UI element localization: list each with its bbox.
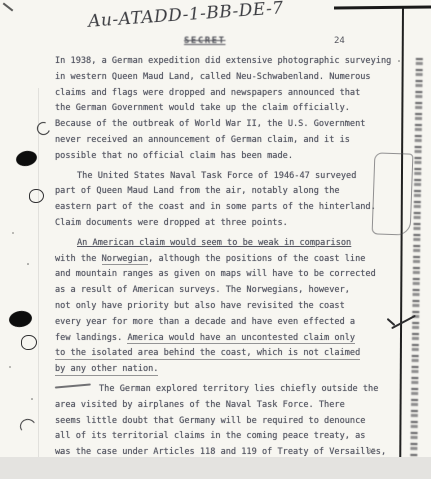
text-segment: all of its territorial claims in the com… [55,431,365,441]
text-line: to the isolated area behind the coast, w… [55,346,395,362]
text-line: possible that no official claim has been… [55,149,395,165]
text-line: seems little doubt that Germany will be … [55,414,395,430]
handwritten-reference-code: Au-ATADD-1-BB-DE-7 [88,0,285,32]
text-line: An American claim would seem to be weak … [55,236,395,252]
text-segment: every year for more than a decade and ha… [55,317,355,327]
text-line: never received an announcement of German… [55,133,395,149]
text-line: The United States Naval Task Force of 19… [55,169,395,185]
paragraph: The German explored territory lies chief… [55,382,395,461]
text-line: part of Queen Maud Land from the air, no… [55,184,395,200]
paragraph: In 1938, a German expedition did extensi… [55,54,395,165]
secret-stamp: SECRET [184,36,226,46]
text-line: The German explored territory lies chief… [55,382,395,398]
text-line: every year for more than a decade and ha… [55,315,395,331]
pencil-bracket-annotation [372,152,414,235]
text-segment: The German explored territory lies chief… [99,384,378,394]
text-segment: with the [55,254,102,264]
scanned-page: Au-ATADD-1-BB-DE-7 SECRET 24 In 1938, a … [0,0,431,479]
text-segment: the German Government would take up the … [55,103,350,113]
punch-hole-outline-bottom [21,335,37,350]
text-segment: as a result of American surveys. The Nor… [55,285,350,295]
punch-hole-filled-top [15,149,39,168]
text-segment: by any other nation. [55,364,158,376]
text-line: the German Government would take up the … [55,101,395,117]
top-edge-scan-line [334,5,431,9]
scan-speck [398,60,400,62]
punch-hole-outline-top [29,189,44,203]
text-segment: few landings. [55,333,127,343]
scan-speck [150,20,152,22]
text-line: all of its territorial claims in the com… [55,429,395,445]
text-segment: area visited by airplanes of the Naval T… [55,400,345,410]
text-segment: The United States Naval Task Force of 19… [77,171,356,181]
text-segment: Because of the outbreak of World War II,… [55,119,365,129]
text-line: as a result of American surveys. The Nor… [55,283,395,299]
margin-note: 87 [368,448,375,455]
text-line: in western Queen Maud Land, called Neu-S… [55,70,395,86]
text-segment: eastern part of the coast and in some pa… [55,202,376,212]
scan-speck [27,263,29,265]
scan-speck [12,232,14,234]
text-segment: in western Queen Maud Land, called Neu-S… [55,72,371,82]
text-segment: part of Queen Maud Land from the air, no… [55,186,340,196]
scan-speck [9,366,11,368]
pencil-arc-mark [19,418,38,436]
vertical-handwriting-scribbles [410,58,423,466]
paragraph: An American claim would seem to be weak … [55,236,395,378]
text-segment: America would have an uncontested claim … [127,333,355,345]
text-segment: seems little doubt that Germany will be … [55,416,365,426]
page-crease-line [38,88,39,466]
text-segment: to the isolated area behind the coast, w… [55,348,360,360]
text-segment: and mountain ranges as given on maps wil… [55,269,376,279]
text-segment: possible that no official claim has been… [55,151,293,161]
text-line: In 1938, a German expedition did extensi… [55,54,395,70]
paragraph: The United States Naval Task Force of 19… [55,169,395,232]
scan-edge-band [0,457,431,479]
text-line: Claim documents were dropped at three po… [55,216,395,232]
text-segment: was the case under Articles 118 and 119 … [55,447,386,457]
pencil-dash-mark [55,384,91,389]
text-segment: , although the positions of the coast li… [148,254,365,264]
punch-hole-filled-bottom [8,309,33,328]
text-line: few landings. America would have an unco… [55,331,395,347]
text-line: eastern part of the coast and in some pa… [55,200,395,216]
text-segment: claims and flags were dropped and newspa… [55,88,360,98]
text-line: and mountain ranges as given on maps wil… [55,267,395,283]
top-left-corner-mark [3,3,14,12]
page-number: 24 [334,36,345,46]
scan-speck [31,398,33,400]
scan-speck [60,452,62,454]
document-body: In 1938, a German expedition did extensi… [55,54,395,461]
text-segment: Norwegian [102,254,149,266]
text-segment: never received an announcement of German… [55,135,350,145]
text-line: not only have priority but also have rev… [55,299,395,315]
page-edge-line [399,8,404,474]
text-segment: An American claim would seem to be weak … [77,238,351,248]
text-line: by any other nation. [55,362,395,378]
text-segment: Claim documents were dropped at three po… [55,218,288,228]
text-segment: not only have priority but also have rev… [55,301,345,311]
text-line: claims and flags were dropped and newspa… [55,86,395,102]
text-line: area visited by airplanes of the Naval T… [55,398,395,414]
scan-speck [345,120,347,122]
text-segment: In 1938, a German expedition did extensi… [55,56,391,66]
text-line: with the Norwegian, although the positio… [55,252,395,268]
text-line: Because of the outbreak of World War II,… [55,117,395,133]
